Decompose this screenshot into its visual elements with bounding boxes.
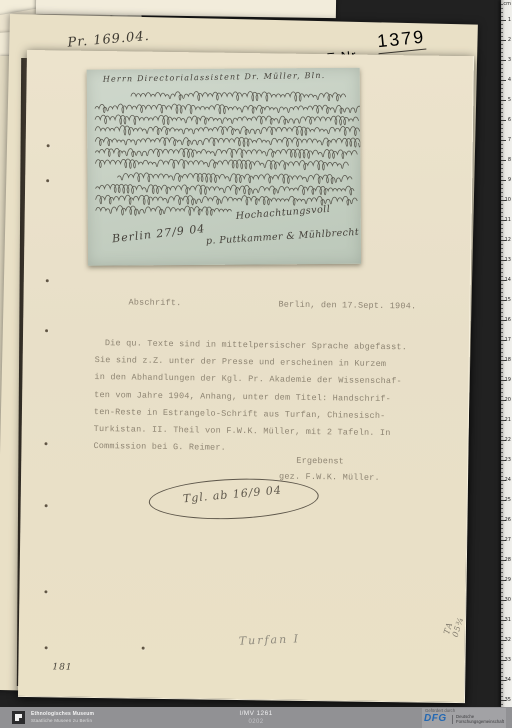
- ruler-tick: [501, 124, 503, 125]
- ruler-number: 6: [508, 118, 511, 123]
- ruler-tick: [501, 52, 503, 53]
- ruler-number: 34: [505, 678, 511, 683]
- ruler-tick: [501, 96, 503, 97]
- ruler-tick: [501, 388, 503, 389]
- ruler-tick: [501, 92, 503, 93]
- ruler-number: 33: [505, 658, 511, 663]
- ruler-number: 29: [505, 578, 511, 583]
- ruler-tick: [501, 120, 506, 121]
- ruler-tick: [501, 156, 503, 157]
- ruler-tick: [501, 264, 503, 265]
- ruler-tick: [501, 364, 503, 365]
- ruler-tick: [501, 268, 503, 269]
- ruler-tick: [501, 456, 503, 457]
- typed-letter: Abschrift. Berlin, den 17.Sept. 1904. Di…: [93, 297, 436, 502]
- ruler-tick: [501, 108, 503, 109]
- ruler-tick: [501, 404, 503, 405]
- ruler-tick: [501, 624, 503, 625]
- ruler-tick: [501, 148, 503, 149]
- ruler-number: 4: [508, 78, 511, 83]
- ruler-tick: [501, 104, 503, 105]
- ruler-number: 3: [508, 58, 511, 63]
- ruler-tick: [501, 316, 503, 317]
- ruler-tick: [501, 248, 503, 249]
- ruler-tick: [501, 72, 503, 73]
- typed-body: Die qu. Texte sind in mittelpersischer S…: [93, 335, 435, 460]
- dfg-logo: Gefördert durch DFG Deutsche Forschungsg…: [422, 708, 506, 728]
- ruler-tick: [501, 344, 503, 345]
- ruler-tick: [501, 88, 503, 89]
- ruler-tick: [501, 536, 503, 537]
- ruler-tick: [501, 76, 503, 77]
- ruler-tick: [501, 232, 503, 233]
- ruler-tick: [501, 684, 503, 685]
- footer-bar: Ethnologisches Museum Staatliche Museen …: [0, 707, 512, 728]
- ruler-tick: [501, 608, 503, 609]
- ruler-tick: [501, 396, 503, 397]
- ruler-tick: [501, 20, 506, 21]
- file-number-annotation: Pr. 169.04.: [67, 29, 150, 51]
- ruler-tick: [501, 188, 503, 189]
- handwritten-line: [95, 102, 361, 115]
- ruler-tick: [501, 592, 503, 593]
- ruler-tick: [501, 32, 503, 33]
- ruler-tick: [501, 508, 503, 509]
- ruler-tick: [501, 376, 503, 377]
- ruler-tick: [501, 616, 503, 617]
- ruler-number: 15: [505, 298, 511, 303]
- ruler-tick: [501, 468, 503, 469]
- ruler-tick: [501, 216, 503, 217]
- ruler-number: 31: [505, 618, 511, 623]
- ruler-tick: [501, 244, 503, 245]
- ruler-number: 8: [508, 158, 511, 163]
- handwritten-line: [96, 205, 232, 216]
- ruler-number: 9: [508, 178, 511, 183]
- ruler-tick: [501, 144, 503, 145]
- ruler-number: 10: [505, 198, 511, 203]
- ruler-tick: [501, 56, 503, 57]
- ruler-tick: [501, 644, 503, 645]
- dfg-wordmark: DFG: [424, 713, 447, 724]
- ruler-tick: [501, 152, 503, 153]
- ruler-tick: [501, 652, 503, 653]
- ruler-tick: [501, 172, 503, 173]
- ruler-tick: [501, 548, 503, 549]
- ruler-tick: [501, 408, 503, 409]
- ruler-number: 35: [505, 698, 511, 703]
- ruler-tick: [501, 64, 503, 65]
- ruler-tick: [501, 348, 503, 349]
- ruler-number: 30: [505, 598, 511, 603]
- ruler-tick: [501, 140, 506, 141]
- ruler-tick: [501, 632, 503, 633]
- stitch-hole: [46, 279, 49, 282]
- ruler-tick: [501, 44, 503, 45]
- ruler-tick: [501, 484, 503, 485]
- ruler-tick: [501, 252, 503, 253]
- ruler-number: 28: [505, 558, 511, 563]
- ruler-tick: [501, 40, 506, 41]
- ruler-tick: [501, 312, 503, 313]
- ruler-tick: [501, 112, 503, 113]
- ruler-tick: [501, 628, 503, 629]
- ruler-tick: [501, 328, 503, 329]
- stitch-hole: [142, 647, 145, 650]
- ruler-tick: [501, 656, 503, 657]
- ruler-tick: [501, 444, 503, 445]
- ruler-tick: [501, 284, 503, 285]
- ruler-tick: [501, 68, 503, 69]
- ruler-tick: [501, 416, 503, 417]
- ruler-number: 26: [505, 518, 511, 523]
- ruler-tick: [501, 292, 503, 293]
- ruler-tick: [501, 664, 503, 665]
- ruler-tick: [501, 336, 503, 337]
- ruler-tick: [501, 568, 503, 569]
- ruler-number: 1: [508, 18, 511, 23]
- ruler-tick: [501, 60, 506, 61]
- ruler-tick: [501, 116, 503, 117]
- stitch-hole: [46, 179, 49, 182]
- stitch-hole: [45, 646, 48, 649]
- ruler-tick: [501, 276, 503, 277]
- ruler-tick: [501, 132, 503, 133]
- stitch-hole: [45, 504, 48, 507]
- ruler-tick: [501, 4, 503, 5]
- ruler-tick: [501, 516, 503, 517]
- letter-label: Abschrift.: [128, 297, 181, 308]
- ruler-tick: [501, 28, 503, 29]
- stitch-hole: [45, 329, 48, 332]
- ruler-number: 12: [505, 238, 511, 243]
- ruler-tick: [501, 532, 503, 533]
- ruler-tick: [501, 688, 503, 689]
- ruler-number: 7: [508, 138, 511, 143]
- ruler-tick: [501, 208, 503, 209]
- ruler-tick: [501, 100, 506, 101]
- ruler-tick: [501, 8, 503, 9]
- ruler-tick: [501, 596, 503, 597]
- ruler-tick: [501, 288, 503, 289]
- ruler-tick: [501, 524, 503, 525]
- ruler-tick: [501, 180, 506, 181]
- handwritten-line: [95, 124, 360, 137]
- ruler-tick: [501, 324, 503, 325]
- letter-dateline: Berlin, den 17.Sept. 1904.: [278, 300, 416, 312]
- handwritten-line: [131, 90, 346, 102]
- dfg-full-name: Deutsche Forschungsgemeinschaft: [456, 714, 504, 724]
- ruler-number: 18: [505, 358, 511, 363]
- ruler-tick: [501, 612, 503, 613]
- ruler-tick: [501, 192, 503, 193]
- ruler-tick: [501, 696, 503, 697]
- ruler-tick: [501, 368, 503, 369]
- note-card: Herrn Directorialassistent Dr. Müller, B…: [87, 68, 361, 266]
- ruler-tick: [501, 428, 503, 429]
- ruler-tick: [501, 588, 503, 589]
- handwritten-line: [96, 183, 355, 197]
- ruler-tick: [501, 452, 503, 453]
- ruler-tick: [501, 544, 503, 545]
- handwritten-line: [95, 157, 348, 171]
- entry-number-value: 1379: [376, 27, 426, 55]
- ruler-tick: [501, 512, 503, 513]
- ruler-tick: [501, 564, 503, 565]
- ruler-tick: [501, 432, 503, 433]
- measuring-ruler: cm 1234567891011121314151617181920212223…: [501, 0, 512, 707]
- ruler-tick: [501, 412, 503, 413]
- ruler-tick: [501, 36, 503, 37]
- ruler-tick: [501, 704, 503, 705]
- ruler-tick: [501, 576, 503, 577]
- ruler-number: 24: [505, 478, 511, 483]
- ruler-number: 14: [505, 278, 511, 283]
- ruler-tick: [501, 296, 503, 297]
- stitch-hole: [44, 590, 47, 593]
- ruler-tick: [501, 236, 503, 237]
- ruler-tick: [501, 424, 503, 425]
- ruler-tick: [501, 464, 503, 465]
- document-page: Herrn Directorialassistent Dr. Müller, B…: [18, 50, 474, 703]
- ruler-tick: [501, 196, 503, 197]
- ruler-tick: [501, 84, 503, 85]
- ruler-tick: [501, 668, 503, 669]
- ruler-tick: [501, 168, 503, 169]
- ruler-tick: [501, 136, 503, 137]
- ruler-tick: [501, 224, 503, 225]
- ruler-tick: [501, 48, 503, 49]
- ruler-tick: [501, 448, 503, 449]
- ruler-number: 5: [508, 98, 511, 103]
- stitch-hole: [44, 442, 47, 445]
- ruler-tick: [501, 472, 503, 473]
- handwritten-line: [95, 147, 357, 161]
- ruler-number: 11: [505, 218, 511, 223]
- ruler-tick: [501, 504, 503, 505]
- ruler-tick: [501, 496, 503, 497]
- ruler-number: 32: [505, 638, 511, 643]
- ruler-tick: [501, 164, 503, 165]
- ruler-tick: [501, 332, 503, 333]
- handwritten-line: [95, 136, 360, 149]
- ruler-tick: [501, 128, 503, 129]
- dfg-divider: [452, 715, 453, 724]
- ruler-tick: [501, 352, 503, 353]
- ruler-number: 21: [505, 418, 511, 423]
- pencil-label-turfan: Turfan I: [239, 632, 301, 647]
- ruler-tick: [501, 160, 506, 161]
- letter-closing: Ergebenst: [296, 456, 344, 467]
- ruler-number: 22: [505, 438, 511, 443]
- ruler-tick: [501, 304, 503, 305]
- ruler-tick: [501, 552, 503, 553]
- circled-pencil-note: Tgl. ab 16/9 04: [148, 476, 319, 522]
- ruler-tick: [501, 212, 503, 213]
- ruler-tick: [501, 528, 503, 529]
- ruler-number: 23: [505, 458, 511, 463]
- ruler-tick: [501, 604, 503, 605]
- ruler-tick: [501, 488, 503, 489]
- ruler-number: 17: [505, 338, 511, 343]
- ruler-number: 19: [505, 378, 511, 383]
- ruler-tick: [501, 272, 503, 273]
- ruler-tick: [501, 676, 503, 677]
- side-mark: TA 05¾: [442, 612, 466, 638]
- ruler-tick: [501, 492, 503, 493]
- ruler-tick: [501, 692, 503, 693]
- ruler-tick: [501, 256, 503, 257]
- handwritten-line: [95, 113, 359, 127]
- ruler-tick: [501, 80, 506, 81]
- ruler-tick: [501, 392, 503, 393]
- ruler-tick: [501, 572, 503, 573]
- ruler-tick: [501, 556, 503, 557]
- ruler-tick: [501, 184, 503, 185]
- ruler-tick: [501, 372, 503, 373]
- ruler-tick: [501, 12, 503, 13]
- ruler-tick: [501, 584, 503, 585]
- folio-number: 181: [52, 662, 72, 672]
- ruler-tick: [501, 384, 503, 385]
- ruler-tick: [501, 436, 503, 437]
- ruler-tick: [501, 356, 503, 357]
- ruler-tick: [501, 176, 503, 177]
- handwritten-line: [117, 171, 352, 185]
- ruler-number: 16: [505, 318, 511, 323]
- ruler-number: 27: [505, 538, 511, 543]
- ruler-number: 25: [505, 498, 511, 503]
- ruler-tick: [501, 24, 503, 25]
- ruler-tick: [501, 228, 503, 229]
- ruler-unit-label: cm: [503, 1, 511, 7]
- ruler-tick: [501, 16, 503, 17]
- ruler-tick: [501, 648, 503, 649]
- ruler-tick: [501, 308, 503, 309]
- ruler-number: 20: [505, 398, 511, 403]
- ruler-tick: [501, 672, 503, 673]
- ruler-number: 13: [505, 258, 511, 263]
- stitch-hole: [47, 144, 50, 147]
- ruler-tick: [501, 204, 503, 205]
- ruler-number: 2: [508, 38, 511, 43]
- ruler-tick: [501, 476, 503, 477]
- ruler-tick: [501, 636, 503, 637]
